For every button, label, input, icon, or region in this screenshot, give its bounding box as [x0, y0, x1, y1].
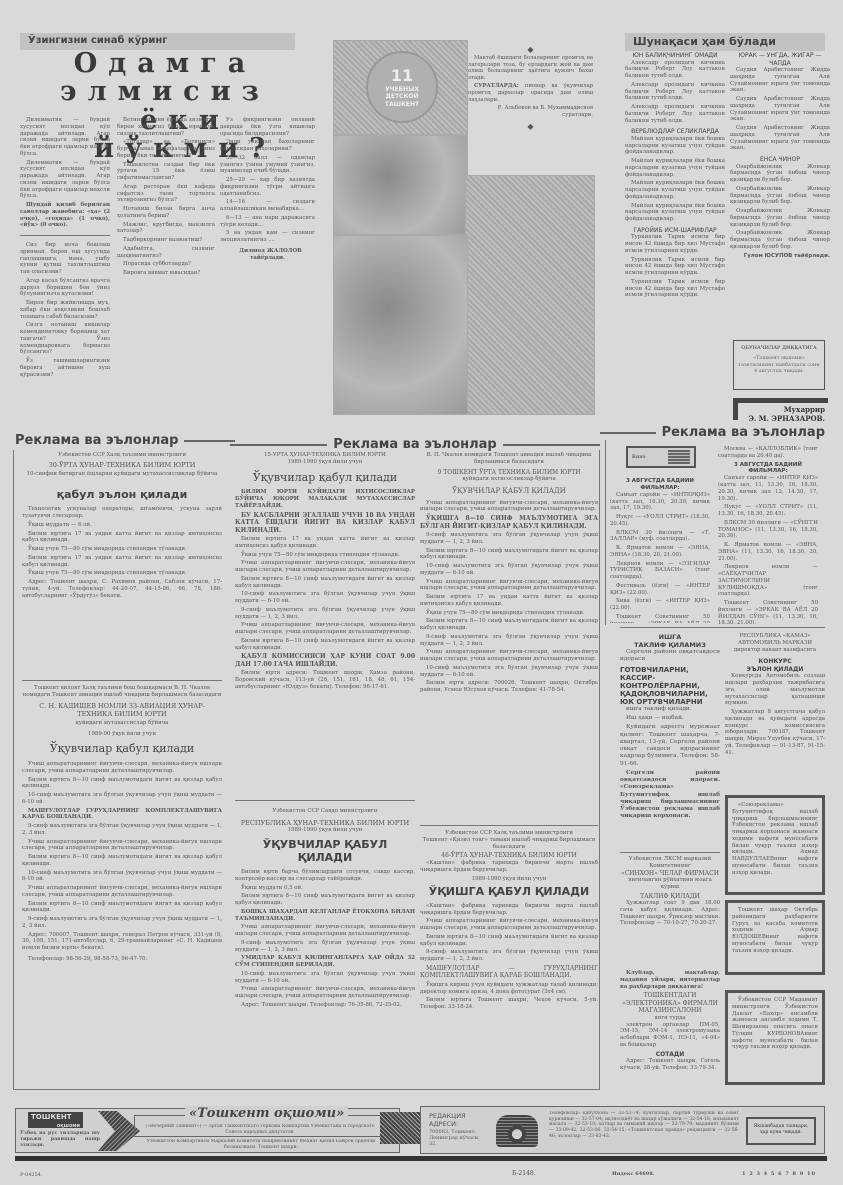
- ad-school-name: 46-ЎРТА ҲУНАР-ТЕХНИКА БИЛИМ ЮРТИ: [420, 852, 598, 860]
- telephone-icon: [496, 1115, 538, 1147]
- ad-line: 10-синф маълумотига эга бўлган ўқувчилар…: [420, 665, 598, 679]
- editor-name: Э. М. ЭРНАЗАРОВ.: [741, 415, 825, 424]
- question: Агар касал бўлсангиз врачга дарҳол бориш…: [20, 278, 110, 298]
- question: Бирон бир жийилишда муъ, хабар ёки воқел…: [20, 300, 110, 320]
- publication-schedule: Якшанбадан ташқари, ҳар куни чиқади.: [746, 1117, 816, 1145]
- cinema-entry: ВЛКСМ 30 йиллиги — «СЎНГГИ ТОМАНОС» (11,…: [718, 520, 818, 540]
- ad-address: Ҳужжатлар 8 августгача қабул қилинади ва…: [725, 709, 825, 756]
- ad-line: Сергели райони овқатсавдоси идораси: [620, 649, 720, 663]
- quiz-intro: Дилемматик — бундай хусусият ипсидан кўп…: [20, 117, 110, 158]
- question: Сизга нотаниш кишилар комендиннтовку бор…: [20, 322, 110, 356]
- paragraph: Ўз фикрингизни оилавий даврада ёки ўзга …: [220, 117, 315, 137]
- ad-line: Адрес: 700007, Тошкент шаҳри, генерал Пе…: [22, 932, 222, 952]
- ad-school-name: РЕСПУБЛИКА ҲУНАР-ТЕХНИКА БИЛИМ ЮРТИ: [235, 819, 415, 827]
- ad-section-heading: ЎҚИШГА 8—10 СИНФ МАЪЛУМОТИГА ЭГА БЎЛГАН …: [420, 515, 598, 530]
- ad-school-15: 15-ЎРТА ҲУНАР-ТЕХНИКА БИЛИМ ЮРТИ 1989-19…: [235, 452, 415, 752]
- obituary-2: Тошкент шаҳар Октябрь районидаги раҳбари…: [725, 900, 825, 975]
- ad-line: Учиш аппаратларининг йиғувчи-слесари, ме…: [22, 839, 222, 853]
- paragraph: 35—32 балл — одамлар ўзингиз ўзини умуми…: [220, 155, 315, 175]
- ad-line: Билим юртига 17 ва ундан катта йигит ва …: [420, 594, 598, 608]
- address-text: 700083, Тошкент, Ленинград кўчаси, 32.: [429, 1129, 484, 1147]
- paragraph: Озарбайжонлик Жонкар бирмасида ўсган ёнб…: [730, 186, 830, 206]
- divider: [22, 680, 222, 681]
- ad-school-name: С. Н. КАДИШЕВ НОМЛИ 33-АВИАЦИЯ ҲУНАР-ТЕХ…: [22, 702, 222, 718]
- cinema-column-2: Москва — «ҚАЛЛОБЛИК» (тонг соатларда ва …: [718, 446, 818, 624]
- ad-ministry: Ўзбекистон ССР Халқ таълими министрлиги: [420, 830, 598, 837]
- ad-school-name: 15-ЎРТА ҲУНАР-ТЕХНИКА БИЛИМ ЮРТИ: [235, 452, 415, 459]
- ad-org: Ўзбекистон ЛКСМ марказий Комитетининг: [620, 856, 720, 870]
- notice-title: ОБУНАЧИЛАР ДИҚҚАТИГА: [738, 345, 820, 351]
- ad-line: Учиш аппаратларининг йиғувчи-слесари, ме…: [420, 579, 598, 593]
- ad-line: 10-синф маълумотига эга бўлган ўқувчилар…: [22, 870, 222, 884]
- ad-org: В. П. Чкалов номидаги Тошкент авиация иш…: [420, 452, 598, 466]
- ad-org: Тошкент вилоят Халқ таълими бош бошқарма…: [22, 685, 222, 699]
- ad-job-offer: ИШГА ТАКЛИФ ҚИЛАМИЗ Сергели райони овқат…: [620, 633, 720, 848]
- cinema-entry: Хива (ёзги) — «ИНТЕР ҚИЗ» (22.00).: [610, 598, 710, 612]
- ad-line: Учиш аппаратларининг йиғувчи-слесари, ме…: [420, 500, 598, 514]
- ad-org: РЕСПУБЛИКА «КАМАЗ» АВТОМОБИЛЬ МАРКАЗИ: [725, 633, 825, 647]
- ad-line: Билим юртига 8—10 синф маълумотидаги йиг…: [420, 618, 598, 632]
- ad-line: Билим юртига 8—10 синф маълумотидаги йиг…: [420, 548, 598, 562]
- medal-text: ТАШКЕНТ: [385, 101, 419, 109]
- editorial-address: РЕДАКЦИЯ АДРЕСИ: 700083, Тошкент, Ленинг…: [429, 1113, 484, 1147]
- curiosities-column-1: ЮН БАЛИҚЧИНИНГ ОМАДИ Алексадр оролидаги …: [625, 52, 725, 412]
- cinema-entry: Санъат саройи — «ИНТЕР ҚИЗ» (катта зал, …: [718, 475, 818, 502]
- ad-store-name: ТОШКЕНТДАГИ «ЭЛЕКТРОНИКА» ФИРМАЛИ МАГАЗИ…: [620, 992, 720, 1015]
- question: Ўз ташвишларингизни бировга айтишни хуш …: [20, 358, 110, 378]
- ad-line: Билим юрти барча бўлимлардаги сотувчи, с…: [235, 869, 415, 883]
- children-photo-1: [333, 135, 468, 235]
- medal-photo: 11 УЧЕБНЫХ ДЕТСКОЙ ТАШКЕНТ: [333, 40, 468, 135]
- paragraph: Озарбайжонлик Жонкар бирмасида ўсган ёнб…: [730, 230, 830, 250]
- ad-line: 9-синф маълумотига эга бўлган ўқувчилар …: [420, 949, 598, 963]
- ad-line: Ўқиш учун 75—80 сўм миқдорида стипендия …: [420, 610, 598, 617]
- ad-section-heading: БОШҚА ШАҲАРДАН КЕЛГАНЛАР ЁТОҚХОНА БИЛАН …: [235, 909, 415, 923]
- divider: [620, 627, 825, 628]
- section-heading: ВЕРБЛЮДЛАР СЕЛИКЛАРДА: [625, 128, 725, 136]
- obituary-text: Тошкент шаҳар Октябрь районидаги раҳбари…: [732, 907, 818, 954]
- ad-org: Тошкент «Қизил тонг» тамаки ишлаб чиқари…: [420, 837, 598, 851]
- author-byline: Дилшод ЖАЛОЛОВ тайёрлади.: [220, 248, 315, 262]
- ads-banner-left: Реклама ва эълонлар: [15, 433, 235, 449]
- ad-line: Учиш аппаратларининг йиғувчи-слесари, ме…: [235, 986, 415, 1000]
- cinema-entry: Лекрнов номли — «ЭЗГИЛАР ТУРИСТИК БАЗАСИ…: [610, 561, 710, 581]
- order-code: Р-04254.: [20, 1172, 43, 1178]
- ad-heading: Ўқувчилар қабул қилади: [22, 742, 222, 756]
- phone-directory: Телефонлар: қабулхона — 33-53-74; кўнгил…: [549, 1111, 739, 1140]
- ad-line: 9-синф маълумотига эга бўлган ўқувчилар …: [22, 916, 222, 930]
- ad-heading: ЎҚУВЧИЛАР ҚАБУЛ ҚИЛАДИ: [235, 838, 415, 866]
- ad-subtitle: директор вакант вазифасига: [725, 647, 825, 654]
- ad-line: Учиш аппаратларининг йиғувчи-слесари, ме…: [235, 560, 415, 574]
- ad-line: Билим юртига 17 ва ундан катта йигит ва …: [22, 555, 222, 569]
- ad-address: Билим юрти адреси: 700026, Тошкент шаҳри…: [420, 680, 598, 694]
- ad-line: Ўқиш учун 75—80 сўм миқдорида стипендия …: [22, 546, 222, 553]
- quiz-column-2: Бетинг ишини ёрчида хизматга бирон хатмо…: [117, 117, 215, 415]
- ad-line: Иш ҳақи — ишбай.: [620, 715, 720, 722]
- banner-label: Реклама ва эълонлар: [662, 425, 825, 441]
- ad-school-name: 9 ТОШКЕНТ ЎРТА ТЕХНИКА БИЛИМ ЮРТИ: [420, 469, 598, 477]
- ad-line: 10-синф маълумотига эга бўлган ўқувчилар…: [235, 591, 415, 605]
- ad-line: 9-синф маълумотига эга бўлган ўқувчилар …: [235, 607, 415, 621]
- ad-subtitle: қуйидаги ихтисосликлар бўйича: [420, 476, 598, 483]
- ad-electronics-salon: Клублар, мактаблар, мадания уйлари, инте…: [620, 970, 720, 1085]
- ad-subtitle: БИЛИМ ЮРТИ ҚУЙИДАГИ ИХТИСОСЛИКЛАР БЎЙИЧА…: [235, 489, 415, 509]
- ad-ministry: Ўзбекистон ССР Халқ таълими министрлиги: [22, 452, 222, 459]
- bottom-rule: [15, 1156, 827, 1161]
- photo-caption: Мактаб ёшидаги болаларнинг оромгоҳ ва ла…: [468, 55, 593, 81]
- ad-heading: КОНКУРС: [725, 658, 825, 666]
- paragraph: Майлан қуриқлалари ёки бошка нарсаларни …: [625, 180, 725, 200]
- ad-line: Билим юртига 8—10 синф маълумотидаги йиг…: [22, 777, 222, 791]
- ad-section-heading: УМИДЛАР ҚАБУЛ ҚИЛИНГАНЛАРГА ҲАР ОЙДА 32 …: [235, 955, 415, 969]
- ad-address: Билим юртига Тошкент шаҳри, Чехов кўчаси…: [420, 997, 598, 1011]
- ad-year: 1989-1990 ўқув йили учун: [235, 459, 415, 466]
- banner-label: Реклама ва эълонлар: [15, 433, 178, 449]
- ad-ministry: Ўзбекистон ССР Савдо министрлиги: [235, 808, 415, 815]
- rubric-label: Ўзингизни синаб кўринг: [28, 35, 168, 46]
- question: Норасида субботларда?: [117, 261, 215, 268]
- question: Бетинг ишини ёрчида хизматга бирон хатмо…: [117, 117, 215, 137]
- footer-masthead: ТОШКЕНТ оқшоми Ўзбек ва рус тилларида шу…: [15, 1108, 400, 1153]
- editor-box: Муҳаррир Э. М. ЭРНАЗАРОВ.: [733, 398, 828, 420]
- ad-line: Учиш аппаратларининг йиғувчи-слесари, ме…: [22, 885, 222, 899]
- obituary-1: «Союзреклама» Бутуниттифоқ ишлаб чиқариш…: [725, 795, 825, 895]
- ad-line: Билим юртига 8—10 синф маълумотидаги йиг…: [235, 893, 415, 907]
- question: Бировга внвмат ювасидан?: [117, 270, 215, 277]
- ad-address: Адрес: Тошкент шаҳри. Телефонлар: 76-35-…: [235, 1002, 415, 1009]
- ad-line: Клублар, мактаблар, мадания уйлари, инте…: [620, 970, 720, 990]
- cinema-listings: Кино 3 АВГУСТДА БАДИИЙ ФИЛЬМЛАР: Самъат …: [605, 440, 825, 625]
- ad-line: Ўқишга кириш учун қуйидаги ҳужжатлар тал…: [420, 982, 598, 996]
- cinema-entry: Тошкент Советининг 50 йиллиги — «ЭРКАК В…: [718, 600, 818, 624]
- ad-kamaz-contest: РЕСПУБЛИКА «КАМАЗ» АВТОМОБИЛЬ МАРКАЗИ ди…: [725, 633, 825, 783]
- question: Мажлис, кругбисда, манзилга хатолар?: [117, 222, 215, 236]
- logo-top: ТОШКЕНТ: [31, 1113, 80, 1122]
- paragraph: 5 ва ундан кам — сизнинг эиоциялатингиз …: [220, 230, 315, 244]
- divider: [420, 825, 598, 826]
- ad-heading: ИШГА: [620, 633, 720, 641]
- cinema-heading: 3 АВГУСТДА БАДИИЙ ФИЛЬМЛАР:: [718, 462, 818, 476]
- cinema-entry: Самъат саройи — «ИНТЕРҚИЗ» (катта зал, 1…: [610, 492, 710, 512]
- page-number-strip: 1 2 3 4 5 6 7 8 9 10: [742, 1171, 816, 1177]
- paragraph: Майлан қуриқлалари ёки бошка нарсаларни …: [625, 203, 725, 223]
- ad-line: Билим юртига 17 ва ундан катта йигит ва …: [235, 536, 415, 550]
- cinema-column-1: 3 АВГУСТДА БАДИИЙ ФИЛЬМЛАР: Самъат сарой…: [610, 478, 710, 623]
- paragraph: Алексадр оролидаги кичкина балиқчи Робер…: [625, 82, 725, 102]
- obituary-3: Ўзбекистон ССР Маданият министрлиги Ўзбе…: [725, 990, 825, 1085]
- ad-school-9-tashkent: В. П. Чкалов номидаги Тошкент авиация иш…: [420, 452, 598, 822]
- paragraph: Майлан қуриқлалари ёки бошка нарсаларни …: [625, 136, 725, 156]
- ad-address: Қуйидаги адресга мурожаат қилинг: Тошкен…: [620, 724, 720, 767]
- medal-emblem: 11 УЧЕБНЫХ ДЕТСКОЙ ТАШКЕНТ: [366, 51, 438, 123]
- question: Нотаниш билан бирга анча ҳолатинга бериш…: [117, 206, 215, 220]
- ad-line: Учиш аппаратларининг йиғувчи-слесари, ме…: [420, 649, 598, 663]
- ad-subtitle: янги турда: [620, 1015, 720, 1022]
- ad-address: Адрес: Тошкент шаҳри, Гоголь кўчаси, 38-…: [620, 1058, 720, 1072]
- paragraph: 25—29 — ҳар бир вазиятда фикрингизни тўғ…: [220, 177, 315, 197]
- ad-section-heading: ҚАБУЛ КОМИССИЯСИ ҲАР КУНИ СОАТ 9.00 ДАН …: [235, 653, 415, 668]
- ad-subtitle: 10-синфни битирган ёшларни қуйидаги мута…: [22, 471, 222, 478]
- paper-title-box: «Тошкент оқшоми» («Вечерний Ташкент») — …: [134, 1115, 384, 1137]
- photo-caption-block: ◆ Мактаб ёшидаги болаларнинг оромгоҳ ва …: [468, 45, 593, 155]
- ad-line: Билим юртига 8—10 синф маълумотидаги йиг…: [22, 854, 222, 868]
- section-heading: ЮРАК — ЎНГДА, ЖИГАР — ЧАПДА: [730, 52, 830, 67]
- author-byline: Гулом ЮСУПОВ тайёрлади.: [730, 253, 830, 260]
- ad-line: электрон органлар ПМ-05, ЭМ-15, ЭМ-14 эл…: [620, 1022, 720, 1049]
- paragraph: Туркиялик Тарик исмли бир инсон 42 ёшида…: [625, 257, 725, 277]
- ad-address: Билим юрти адреси: Тошкент шаҳри, Ҳамза …: [235, 670, 415, 690]
- paragraph: Озарбайжонлик Жонкар бирмасида ўсган ёнб…: [730, 164, 830, 184]
- paper-description: («Вечерний Ташкент») — орган Ташкентског…: [141, 1124, 379, 1135]
- ad-line: 10-синф маълумотига эга бўлган ўқувчилар…: [22, 792, 222, 806]
- obituary-text: Ўзбекистон ССР Маданият министрлиги Ўзбе…: [732, 997, 818, 1051]
- cinema-entry: Лекрнов номли — «САЁҲАТЧИЛАР ЗАСТИМОГЛИН…: [718, 564, 818, 598]
- question: Адабиётга, сизнинг шаҳиматингиз?: [117, 246, 215, 260]
- cinema-entry: Москва — «ҚАЛЛОБЛИК» (тонг соатларда ва …: [718, 446, 818, 460]
- cinema-entry: Нукус — «УОЛЛ СТРИТ» (18.30, 20.45).: [610, 514, 710, 528]
- ad-line: Ўқиш муддати — 6 ой.: [22, 522, 222, 529]
- ad-line: Конкурсда Автомобиль созлаш ишлари раҳба…: [725, 673, 825, 707]
- paper-logo: ТОШКЕНТ оқшоми: [28, 1112, 83, 1128]
- ad-school-30: Ўзбекистон ССР Халқ таълими министрлиги …: [22, 452, 222, 632]
- divider: [620, 852, 720, 853]
- medal-text: ДЕТСКОЙ: [386, 93, 419, 101]
- ad-subtitle: янгиланган рўйхатини юзага кўриш: [620, 877, 720, 891]
- curiosities-column-2: ЮРАК — ЎНГДА, ЖИГАР — ЧАПДА Саудия Араби…: [730, 52, 830, 332]
- envelope-icon: [380, 1112, 420, 1144]
- ad-phones: Телефонлар: 98-56-29, 98-58-73, 96-47-70…: [22, 956, 222, 963]
- ad-footer: Сергели райони овқатсавдоси идораси. «Со…: [620, 770, 720, 821]
- quiz-intro-cont: Дилемматик — бундай хусусият ипсидан кўп…: [20, 160, 110, 201]
- paper-name: «Тошкент оқшоми»: [185, 1106, 348, 1122]
- ad-firm: «СИНХОН» ЧЕЛАР ФИРМАСИ: [620, 870, 720, 878]
- question: Агар ресторан ёки кафеда сифатсиз таом т…: [117, 184, 215, 204]
- paragraph: Озарбайжонлик Жонкар бирмасида ўсган ёнб…: [730, 208, 830, 228]
- question: Тадбиркорнинг вазвонтиш?: [117, 237, 215, 244]
- notice-text: «Тошкент оқшоми» газетасининг навбатдаги…: [738, 355, 820, 374]
- ad-republic-school: Ўзбекистон ССР Савдо министрлиги РЕСПУБЛ…: [235, 808, 415, 1078]
- job-titles: ГОТОВЧИЛАРНИ, КАССИР-КОНТРОЛЁРЛАРНИ, ҚАД…: [620, 666, 720, 706]
- ad-line: Учиш аппаратларининг йиғувчи-слесари, ме…: [235, 622, 415, 636]
- quiz-column-3: Ўз фикрингизни оилавий даврада ёки ўзга …: [220, 117, 315, 415]
- ad-line: Билим юртига 17 ва ундан катта йигит ва …: [22, 531, 222, 545]
- ad-line: Технологик ускуналар операторы, штамповч…: [22, 506, 222, 520]
- ad-school-33-aviation: Тошкент вилоят Халқ таълими бош бошқарма…: [22, 685, 222, 1065]
- ad-heading: ЎҚУВЧИЛАР ҚАБУЛ ҚИЛАДИ: [420, 487, 598, 496]
- ad-heading: СОТАДИ: [620, 1051, 720, 1059]
- children-photo-3: [333, 235, 468, 415]
- paragraph: Алексадр оролидаги кичкина балиқчи Робер…: [625, 60, 725, 80]
- cinema-entry: Нукус — «УОЛЛ СТРИТ» (11, 13.30, 16, 18.…: [718, 504, 818, 518]
- ad-line: Учиш аппаратларининг йиғувчи-слесари, ме…: [420, 918, 598, 932]
- ad-section-heading: БУ КАСБЛАРНИ ЭГАЛЛАШ УЧУН 18 ВА УНДАН КА…: [235, 512, 415, 535]
- ad-line: Ўқиш муддати 0,5 ой.: [235, 885, 415, 892]
- ad-line: Ўқиш учун 75—80 сўм миқдорида стипендия …: [22, 570, 222, 577]
- ad-line: Ўқиш учун 75—80 сўм миқдорида стипендия …: [235, 552, 415, 559]
- ads-banner-right: Реклама ва эълонлар: [600, 425, 825, 441]
- divider: [235, 800, 415, 801]
- section-heading: ЮН БАЛИҚЧИНИНГ ОМАДИ: [625, 52, 725, 60]
- film-icon: [668, 450, 690, 464]
- quiz-column-1: Дилемматик — бундай хусусият ипсидан кўп…: [20, 117, 110, 415]
- index-code: Б-2148.: [512, 1170, 536, 1178]
- ad-line: Адрес: Тошкент шаҳри, С. Рахимов райони,…: [22, 579, 222, 599]
- ad-line: 9-синф маълумотига эга бўлган ўқувчилар …: [235, 940, 415, 954]
- ad-year: 1989-1990 ўқув йили учун: [235, 827, 415, 834]
- ad-section-heading: МАШҒУЛОТЛАР — ГУРУҲЛАРНИНГ КОМПЛЕКТЛАШУВ…: [420, 965, 598, 980]
- cinema-entry: К. Ярматов номли — «ЭЯНА, ЭЯНА» (18.30, …: [610, 545, 710, 559]
- ad-line: 10-синф маълумотига эга бўлган ўқувчилар…: [235, 971, 415, 985]
- ad-year: 1989-1990 ўқув йили учун: [420, 876, 598, 883]
- paragraph: Саудия Арабистонинг Жидда шаҳрида туғилг…: [730, 67, 830, 94]
- ad-line: «Каштан» фабрика тарихида биринчи марта …: [420, 860, 598, 874]
- ad-heading: Ўқувчилар қабул қилади: [235, 471, 415, 485]
- obituary-text: «Союзреклама» Бутуниттифоқ ишлаб чиқариш…: [732, 802, 818, 876]
- subscribers-notice: ОБУНАЧИЛАР ДИҚҚАТИГА «Тошкент оқшоми» га…: [733, 340, 825, 390]
- ad-heading: ЎҚИШГА ҚАБУЛ ҚИЛАДИ: [420, 885, 598, 899]
- ad-line: ишга таклиф қилади.: [620, 706, 720, 713]
- ad-section-heading: МАШҒУЛОТЛАР ГУРУҲЛАРНИНГ КОМПЛЕКТЛАШУВИГ…: [22, 808, 222, 822]
- ad-tender: Ўзбекистон ЛКСМ марказий Комитетининг «С…: [620, 856, 720, 966]
- ad-subtitle: қуйидаги мутахассислар бўйича: [22, 720, 222, 727]
- divider: [20, 235, 110, 236]
- ad-line: Билим юртига 8—10 синф маълумотидаги йиг…: [235, 638, 415, 652]
- language-note: Ўзбек ва рус тилларида шу тиражи равишда…: [20, 1130, 100, 1148]
- cinema-entry: Фестиваль (ёзги) — «ИНТЕР ҚИЗ» (22.00).: [610, 583, 710, 597]
- ad-line: Учиш аппаратларининг йиғувчи-слесари, ме…: [22, 761, 222, 775]
- ad-line: Учиш аппаратларининг йиғувчи-слесари, ме…: [235, 924, 415, 938]
- cinema-logo: Кино: [626, 446, 696, 468]
- printer-info: Ўзбекистон Компартияси Марказий Комитети…: [141, 1139, 381, 1150]
- address-label: РЕДАКЦИЯ АДРЕСИ:: [429, 1113, 484, 1129]
- question: Сиз бир неча бошлаш эринмай, бирон иш ху…: [20, 242, 110, 276]
- cinema-entry: ВЛКСМ 30 йиллиги — «Т. ЗАЛЛАР» (муф. соа…: [610, 530, 710, 544]
- ad-line: 9-синф маълумотига эга бўлган ўқувчилар …: [420, 532, 598, 546]
- ad-school-46: Ўзбекистон ССР Халқ таълими министрлиги …: [420, 830, 598, 1080]
- ad-line: «Каштан» фабрика тарихида биринчи марта …: [420, 903, 598, 917]
- caption-label: СУРАТЛАРДА:: [474, 83, 519, 89]
- ad-heading: ТАКЛИФ ҚИЛАМИЗ: [620, 641, 720, 649]
- paragraph: 6—13 — ана нари даражасига тўғри келади.…: [220, 215, 315, 229]
- ad-line: Билим юртига 8—10 синф маълумотидаги йиг…: [22, 901, 222, 915]
- rubric-label: Шунақаси ҳам бўлади: [633, 35, 776, 48]
- children-photo-2: [465, 175, 595, 415]
- paragraph: Туркиялик Тарик исмли бир инсон 42 ёшида…: [625, 234, 725, 254]
- rubric-bar-right: Шунақаси ҳам бўлади: [625, 33, 825, 51]
- paragraph: 14—16 — сиздаги алпайлашликни менабярка.…: [220, 199, 315, 213]
- ad-line: 9-синф маълумотига эга бўлган ўқувчилар …: [22, 823, 222, 837]
- medal-number: 11: [391, 66, 413, 86]
- photographer-credit: Р. Альбеков ва Б. Мухаммадиснов суратлар…: [468, 105, 593, 118]
- paragraph: Энди убинган баҳоларнинг нечтасидан баҳо…: [220, 139, 315, 153]
- paragraph: Алексадр оролидаги кичкина балиқчи Робер…: [625, 104, 725, 124]
- quiz-scoring: Шундай қилиб берилган саволлар жавобига:…: [20, 202, 110, 229]
- ad-line: Ҳужжатлар соат 9 дан 18.00 гача қабул қи…: [620, 900, 720, 927]
- paragraph: Туркиялик Тарик исмли бир инсон 42 ёшида…: [625, 279, 725, 299]
- paragraph: Саудия Арабистонинг Жидда шаҳрида туғилг…: [730, 125, 830, 152]
- diamond-ornament: ◆: [468, 122, 593, 132]
- ad-line: 10-синф маълумотига эга бўлган ўқувчилар…: [420, 563, 598, 577]
- diamond-ornament: ◆: [468, 45, 593, 55]
- ad-heading: қабул эълон қилади: [22, 488, 222, 502]
- section-heading: ЕНСА ЧИНОР: [730, 156, 830, 164]
- cinema-logo-label: Кино: [632, 454, 646, 460]
- paragraph: Саудия Арабистонинг Жидда шаҳрида туғилг…: [730, 96, 830, 123]
- ad-line: Билим юртига 8—10 синф маълумотидаги йиг…: [420, 934, 598, 948]
- ad-line: 9-синф маълумотига эга бўлган ўқувчилар …: [420, 634, 598, 648]
- circulation-index: Индекс 64698.: [612, 1171, 654, 1177]
- ad-heading: ТАКЛИФ ҚИЛАДИ: [620, 893, 720, 901]
- ad-school-name: 30-ЎРТА ҲУНАР-ТЕХНИКА БИЛИМ ЮРТИ: [22, 461, 222, 469]
- ad-year: 1989-90 ўқув йили учун: [22, 731, 222, 738]
- question: Ташкилотни сиздан бир ёки ўртачи 15 ёки …: [117, 162, 215, 182]
- question: «Тоталар» ва «Ботиниси» бурчга амал вази…: [117, 139, 215, 159]
- ad-line: Билим юртига 8—10 синф маълумотидаги йиг…: [235, 576, 415, 590]
- headline-line-1: Одамга элмисиз: [20, 50, 310, 107]
- footer-contacts: РЕДАКЦИЯ АДРЕСИ: 700083, Тошкент, Ленинг…: [420, 1106, 825, 1154]
- cinema-entry: К. Ярматов номли — «ЭЯНА, ЭЯНА» (11, 13.…: [718, 542, 818, 562]
- cinema-heading: 3 АВГУСТДА БАДИИЙ ФИЛЬМЛАР:: [610, 478, 710, 492]
- paragraph: Майлан қуриқлалари ёки бошка нарсаларни …: [625, 158, 725, 178]
- cinema-entry: Тошкент Советининг 50 йиллиги — «ЭРКАК В…: [610, 614, 710, 623]
